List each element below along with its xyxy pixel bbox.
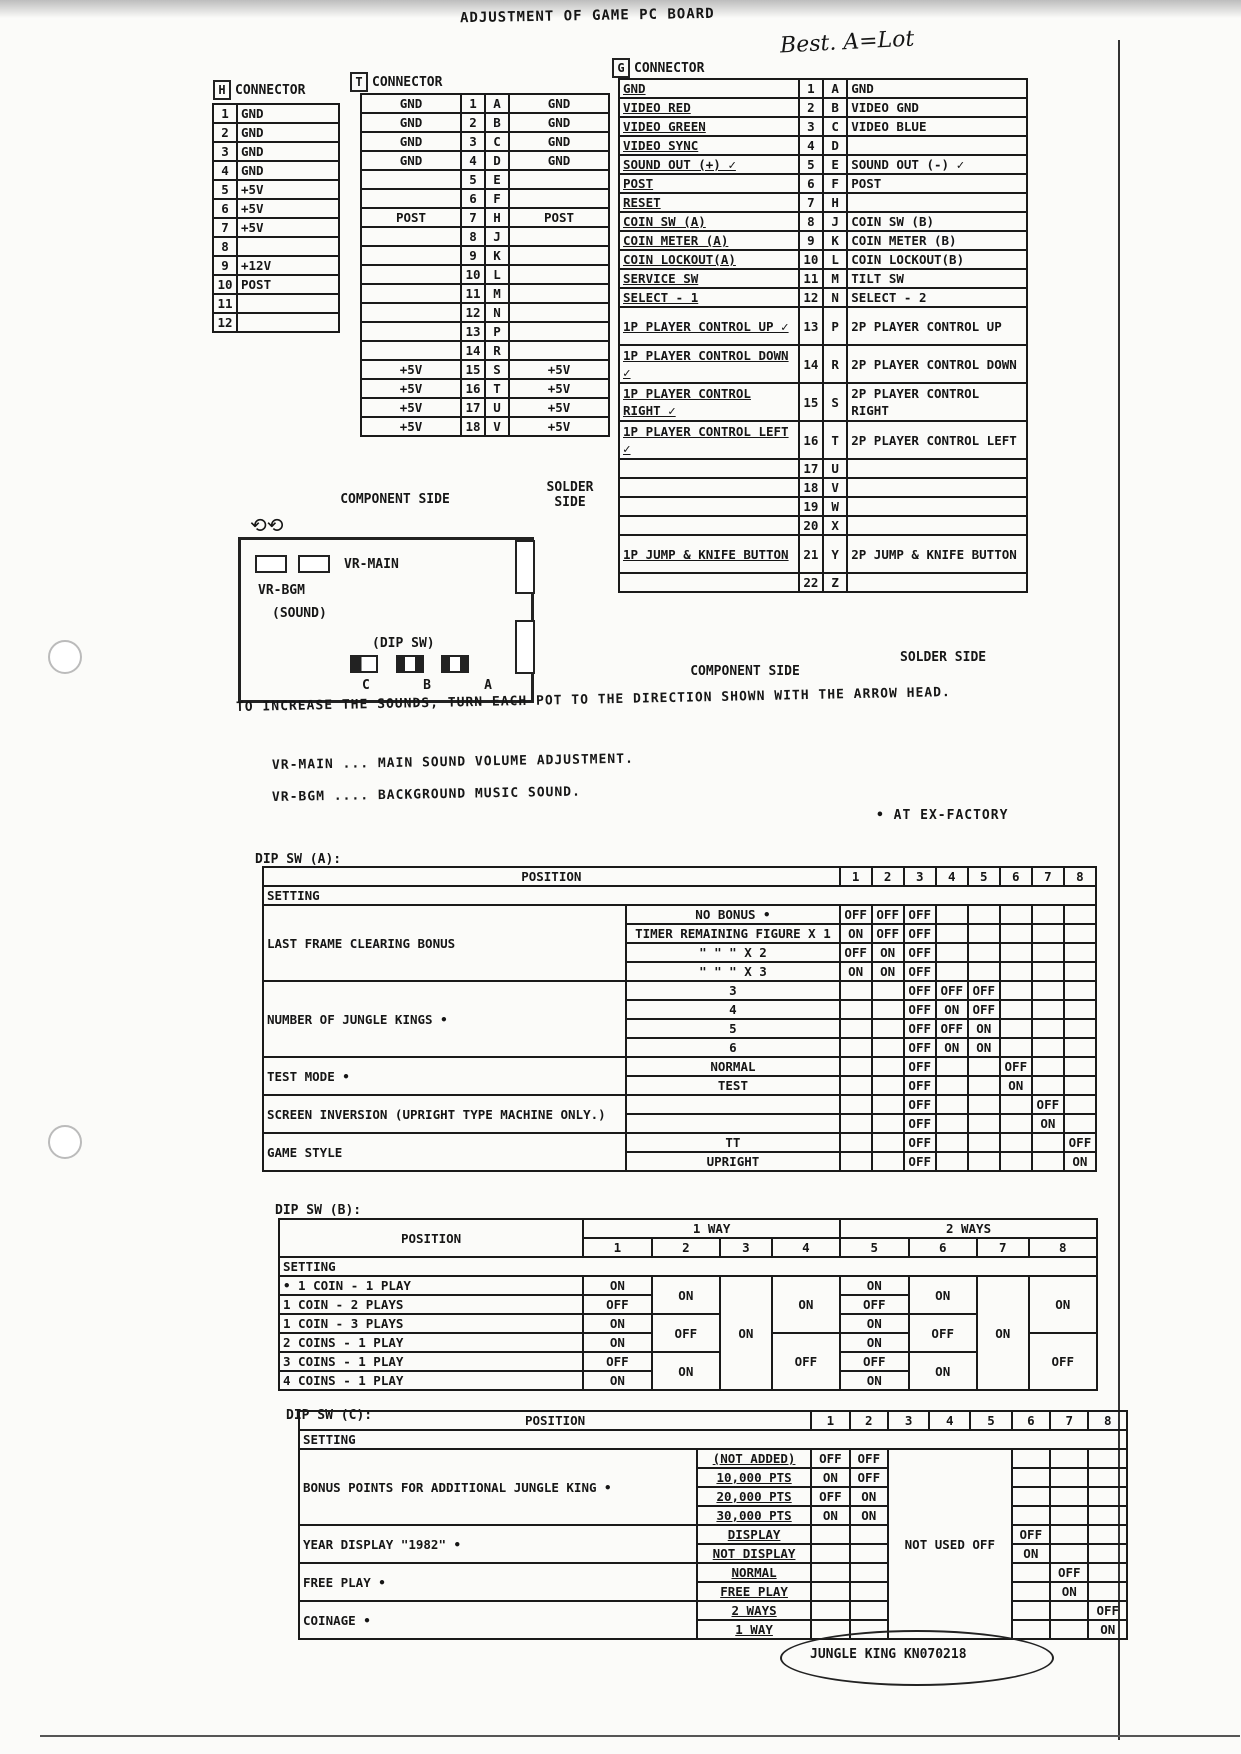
option-label: 1 WAY xyxy=(697,1620,811,1639)
table-row: SOUND OUT (+) ✓5ESOUND OUT (-) ✓ xyxy=(619,155,1027,174)
switch-value xyxy=(1064,924,1096,943)
dip-c-icon xyxy=(350,655,378,673)
solder-side-signal xyxy=(847,136,1027,155)
switch-value xyxy=(1064,981,1096,1000)
switch-position-header: 2 xyxy=(872,867,904,886)
switch-value: ON xyxy=(1032,1114,1064,1133)
component-side-signal xyxy=(619,478,799,497)
solder-side-signal xyxy=(509,227,609,246)
switch-value: ON xyxy=(583,1333,651,1352)
signal-name: +12V xyxy=(237,256,339,275)
coinage-option: 4 COINS - 1 PLAY xyxy=(279,1371,583,1390)
component-side-signal: GND xyxy=(361,151,461,170)
pin-letter: R xyxy=(823,345,847,383)
switch-position-header: 7 xyxy=(1032,867,1064,886)
switch-position-header: 2 xyxy=(652,1238,720,1257)
pin-number: 18 xyxy=(799,478,823,497)
switch-position-header: 1 xyxy=(840,867,872,886)
option-label: TT xyxy=(626,1133,839,1152)
component-side-signal xyxy=(361,189,461,208)
switch-value xyxy=(872,1095,904,1114)
pin-letter: J xyxy=(823,212,847,231)
option-label: NO BONUS • xyxy=(626,905,839,924)
switch-position-header: 6 xyxy=(1000,867,1032,886)
setting-group-name: NUMBER OF JUNGLE KINGS • xyxy=(263,981,626,1057)
pin-number: 7 xyxy=(213,218,237,237)
table-row: SCREEN INVERSION (UPRIGHT TYPE MACHINE O… xyxy=(263,1095,1096,1114)
signal-name: +5V xyxy=(237,199,339,218)
option-label: NORMAL xyxy=(697,1563,811,1582)
switch-value xyxy=(968,1133,1000,1152)
switch-value: ON xyxy=(652,1276,720,1314)
signal-name: POST xyxy=(237,275,339,294)
option-label: 4 xyxy=(626,1000,839,1019)
switch-value xyxy=(936,1076,968,1095)
pin-letter: K xyxy=(823,231,847,250)
pin-number: 11 xyxy=(213,294,237,313)
table-row: 7+5V xyxy=(213,218,339,237)
pin-number: 18 xyxy=(461,417,485,436)
component-side-signal xyxy=(619,573,799,592)
table-row: 1 COIN - 3 PLAYSONOFFONOFF xyxy=(279,1314,1097,1333)
pin-letter: B xyxy=(485,113,509,132)
coinage-option: • 1 COIN - 1 PLAY xyxy=(279,1276,583,1295)
switch-value: ON xyxy=(936,1000,968,1019)
option-label: FREE PLAY xyxy=(697,1582,811,1601)
table-row: POST7HPOST xyxy=(361,208,609,227)
dip-label-c: C xyxy=(362,678,370,693)
switch-value: OFF xyxy=(904,1152,936,1171)
switch-value xyxy=(936,1095,968,1114)
pin-number: 3 xyxy=(461,132,485,151)
table-row: SERVICE SW11MTILT SW xyxy=(619,269,1027,288)
pin-letter: T xyxy=(823,421,847,459)
dip-a-table: POSITION12345678SETTINGLAST FRAME CLEARI… xyxy=(262,866,1097,1172)
switch-position-header: 6 xyxy=(909,1238,977,1257)
switch-value xyxy=(1032,962,1064,981)
pin-letter: S xyxy=(823,383,847,421)
switch-value xyxy=(936,1133,968,1152)
switch-value xyxy=(1064,962,1096,981)
table-row: 2GND xyxy=(213,123,339,142)
switch-value: OFF xyxy=(936,981,968,1000)
solder-side-signal xyxy=(847,478,1027,497)
switch-value xyxy=(1088,1468,1127,1487)
switch-value xyxy=(1088,1506,1127,1525)
instruction-line-2: VR-MAIN ... MAIN SOUND VOLUME ADJUSTMENT… xyxy=(272,752,634,773)
component-side-signal: 1P PLAYER CONTROL DOWN ✓ xyxy=(619,345,799,383)
dip-c-table: POSITION12345678SETTINGBONUS POINTS FOR … xyxy=(298,1410,1128,1640)
option-label: " " " X 2 xyxy=(626,943,839,962)
option-label: 30,000 PTS xyxy=(697,1506,811,1525)
switch-value xyxy=(968,1152,1000,1171)
signal-name xyxy=(237,237,339,256)
table-row: POSITION12345678 xyxy=(263,867,1096,886)
switch-value: OFF xyxy=(904,905,936,924)
switch-value xyxy=(1032,943,1064,962)
component-side-signal: +5V xyxy=(361,398,461,417)
switch-value xyxy=(840,1095,872,1114)
switch-value: OFF xyxy=(904,1114,936,1133)
table-row: 10L xyxy=(361,265,609,284)
component-side-signal: VIDEO GREEN xyxy=(619,117,799,136)
switch-value: ON xyxy=(811,1506,849,1525)
component-side-signal xyxy=(619,497,799,516)
table-row: 1P PLAYER CONTROL RIGHT ✓15S2P PLAYER CO… xyxy=(619,383,1027,421)
table-row: 22Z xyxy=(619,573,1027,592)
component-side-signal: GND xyxy=(361,94,461,113)
pin-letter: L xyxy=(485,265,509,284)
switch-value: ON xyxy=(872,943,904,962)
table-row: GND1AGND xyxy=(361,94,609,113)
switch-value: ON xyxy=(772,1276,840,1333)
table-row: VIDEO RED2BVIDEO GND xyxy=(619,98,1027,117)
board-connector-icon xyxy=(515,540,535,594)
vr-bgm-label: VR-BGM xyxy=(258,583,305,598)
switch-value: OFF xyxy=(811,1449,849,1468)
pin-number: 10 xyxy=(799,250,823,269)
switch-value: OFF xyxy=(583,1352,651,1371)
table-row: BONUS POINTS FOR ADDITIONAL JUNGLE KING … xyxy=(299,1449,1127,1468)
component-side-signal: SELECT - 1 xyxy=(619,288,799,307)
component-side-signal xyxy=(619,459,799,478)
table-row: SELECT - 112NSELECT - 2 xyxy=(619,288,1027,307)
table-row: 20X xyxy=(619,516,1027,535)
switch-value: OFF xyxy=(904,1076,936,1095)
table-row: 1P PLAYER CONTROL LEFT ✓16T2P PLAYER CON… xyxy=(619,421,1027,459)
vr-main-pot-icon xyxy=(298,555,330,573)
solder-side-signal: POST xyxy=(509,208,609,227)
pin-number: 7 xyxy=(461,208,485,227)
pin-letter: T xyxy=(485,379,509,398)
switch-value xyxy=(1000,1152,1032,1171)
switch-value xyxy=(968,943,1000,962)
t-solder-side-label: SOLDER SIDE xyxy=(530,480,610,510)
switch-value xyxy=(1064,1076,1096,1095)
pin-letter: W xyxy=(823,497,847,516)
table-row: POSITION1 WAY2 WAYS xyxy=(279,1219,1097,1238)
pin-number: 5 xyxy=(461,170,485,189)
table-row: VIDEO GREEN3CVIDEO BLUE xyxy=(619,117,1027,136)
pin-number: 13 xyxy=(799,307,823,345)
dip-sw-label: (DIP SW) xyxy=(372,636,435,651)
solder-side-signal: COIN LOCKOUT(B) xyxy=(847,250,1027,269)
switch-value xyxy=(1032,1076,1064,1095)
table-row: SETTING xyxy=(299,1430,1127,1449)
switch-value xyxy=(1012,1468,1050,1487)
switch-value: OFF xyxy=(1029,1333,1097,1390)
component-side-signal xyxy=(361,227,461,246)
pin-number: 8 xyxy=(799,212,823,231)
g-component-side-label: COMPONENT SIDE xyxy=(690,664,800,679)
solder-side-signal: VIDEO BLUE xyxy=(847,117,1027,136)
switch-position-header: 4 xyxy=(929,1411,970,1430)
pin-letter: D xyxy=(485,151,509,170)
option-label: NOT DISPLAY xyxy=(697,1544,811,1563)
pin-letter: K xyxy=(485,246,509,265)
dip-label-b: B xyxy=(423,678,431,693)
solder-side-signal: +5V xyxy=(509,417,609,436)
switch-value: ON xyxy=(968,1038,1000,1057)
t-connector-heading: TCONNECTOR xyxy=(350,72,442,92)
component-side-signal: SERVICE SW xyxy=(619,269,799,288)
switch-value: OFF xyxy=(1032,1095,1064,1114)
switch-value xyxy=(811,1525,849,1544)
table-row: COIN SW (A)8JCOIN SW (B) xyxy=(619,212,1027,231)
switch-value xyxy=(968,962,1000,981)
pin-number: 11 xyxy=(461,284,485,303)
switch-value xyxy=(840,1019,872,1038)
switch-value: ON xyxy=(909,1276,977,1314)
g-solder-side-label: SOLDER SIDE xyxy=(900,650,986,665)
switch-position-header: 7 xyxy=(977,1238,1029,1257)
switch-value: OFF xyxy=(936,1019,968,1038)
switch-value xyxy=(1000,1019,1032,1038)
sound-label: (SOUND) xyxy=(272,606,327,621)
switch-value xyxy=(850,1544,888,1563)
switch-value xyxy=(1064,1000,1096,1019)
table-row: TEST MODE •NORMALOFFOFF xyxy=(263,1057,1096,1076)
switch-value: ON xyxy=(583,1371,651,1390)
switch-value xyxy=(1050,1601,1088,1620)
solder-side-signal xyxy=(509,189,609,208)
pin-number: 9 xyxy=(461,246,485,265)
option-label: 2 WAYS xyxy=(697,1601,811,1620)
pin-number: 9 xyxy=(213,256,237,275)
table-row: GND2BGND xyxy=(361,113,609,132)
switch-value: OFF xyxy=(872,924,904,943)
pin-number: 8 xyxy=(213,237,237,256)
component-side-signal: RESET xyxy=(619,193,799,212)
coinage-option: 1 COIN - 2 PLAYS xyxy=(279,1295,583,1314)
solder-side-signal: +5V xyxy=(509,398,609,417)
switch-value xyxy=(1000,962,1032,981)
switch-value xyxy=(840,1152,872,1171)
table-row: 6+5V xyxy=(213,199,339,218)
pin-number: 4 xyxy=(461,151,485,170)
option-label: 10,000 PTS xyxy=(697,1468,811,1487)
table-row: 18V xyxy=(619,478,1027,497)
pin-number: 5 xyxy=(799,155,823,174)
option-label: TIMER REMAINING FIGURE X 1 xyxy=(626,924,839,943)
solder-side-signal: GND xyxy=(509,94,609,113)
switch-value xyxy=(1050,1620,1088,1639)
pin-number: 14 xyxy=(461,341,485,360)
switch-value: ON xyxy=(1000,1076,1032,1095)
h-connector-table: 1GND2GND3GND4GND5+5V6+5V7+5V89+12V10POST… xyxy=(212,103,340,333)
switch-value: ON xyxy=(850,1506,888,1525)
solder-side-signal xyxy=(509,265,609,284)
pin-letter: P xyxy=(485,322,509,341)
option-label: 3 xyxy=(626,981,839,1000)
pin-number: 6 xyxy=(213,199,237,218)
g-connector-table: GND1AGNDVIDEO RED2BVIDEO GNDVIDEO GREEN3… xyxy=(618,78,1028,593)
t-connector-letter: T xyxy=(350,72,368,92)
table-row: GND4DGND xyxy=(361,151,609,170)
switch-value xyxy=(936,1057,968,1076)
pin-number: 21 xyxy=(799,535,823,573)
pin-letter: H xyxy=(823,193,847,212)
pin-number: 17 xyxy=(461,398,485,417)
t-component-side-label: COMPONENT SIDE xyxy=(340,492,450,507)
switch-value: OFF xyxy=(909,1314,977,1352)
switch-value xyxy=(1000,924,1032,943)
pin-number: 1 xyxy=(461,94,485,113)
switch-value xyxy=(840,981,872,1000)
table-row: 12 xyxy=(213,313,339,332)
table-row: 5+5V xyxy=(213,180,339,199)
pin-letter: V xyxy=(823,478,847,497)
option-label: 5 xyxy=(626,1019,839,1038)
pin-letter: U xyxy=(823,459,847,478)
setting-group-name: LAST FRAME CLEARING BONUS xyxy=(263,905,626,981)
t-connector-label: CONNECTOR xyxy=(372,75,442,90)
table-row: 1P PLAYER CONTROL DOWN ✓14R2P PLAYER CON… xyxy=(619,345,1027,383)
table-row: POST6FPOST xyxy=(619,174,1027,193)
component-side-signal: 1P PLAYER CONTROL LEFT ✓ xyxy=(619,421,799,459)
switch-value xyxy=(1000,1000,1032,1019)
pin-number: 19 xyxy=(799,497,823,516)
table-row: NUMBER OF JUNGLE KINGS •3OFFOFFOFF xyxy=(263,981,1096,1000)
component-side-signal xyxy=(361,322,461,341)
pin-number: 4 xyxy=(799,136,823,155)
solder-side-signal xyxy=(509,303,609,322)
switch-value: OFF xyxy=(968,981,1000,1000)
switch-position-header: 3 xyxy=(720,1238,772,1257)
switch-position-header: 5 xyxy=(970,1411,1011,1430)
pin-number: 6 xyxy=(461,189,485,208)
vr-bgm-pot-icon xyxy=(255,555,287,573)
switch-value xyxy=(936,924,968,943)
instruction-line-3: VR-BGM .... BACKGROUND MUSIC SOUND. xyxy=(272,785,581,805)
option-label: 20,000 PTS xyxy=(697,1487,811,1506)
switch-value xyxy=(1012,1563,1050,1582)
page-bottom-rule xyxy=(40,1735,1240,1737)
table-row: SETTING xyxy=(263,886,1096,905)
solder-side-signal: 2P PLAYER CONTROL UP xyxy=(847,307,1027,345)
switch-value xyxy=(968,905,1000,924)
table-row: 13P xyxy=(361,322,609,341)
switch-value xyxy=(1000,943,1032,962)
signal-name: GND xyxy=(237,142,339,161)
switch-position-header: 8 xyxy=(1064,867,1096,886)
switch-position-header: 6 xyxy=(1012,1411,1050,1430)
switch-value: OFF xyxy=(850,1449,888,1468)
switch-value xyxy=(1012,1620,1050,1639)
switch-position-header: 8 xyxy=(1088,1411,1127,1430)
table-row: 6F xyxy=(361,189,609,208)
switch-value xyxy=(872,1019,904,1038)
pin-number: 12 xyxy=(213,313,237,332)
switch-value: ON xyxy=(720,1276,772,1390)
pin-letter: M xyxy=(823,269,847,288)
switch-value xyxy=(1088,1449,1127,1468)
switch-value xyxy=(1064,1095,1096,1114)
switch-value: ON xyxy=(1012,1544,1050,1563)
component-side-signal: VIDEO SYNC xyxy=(619,136,799,155)
switch-value: OFF xyxy=(904,924,936,943)
switch-value: OFF xyxy=(904,1019,936,1038)
table-row: 1P JUMP & KNIFE BUTTON21Y2P JUMP & KNIFE… xyxy=(619,535,1027,573)
switch-value xyxy=(1064,1038,1096,1057)
switch-value xyxy=(840,1076,872,1095)
solder-side-signal: COIN METER (B) xyxy=(847,231,1027,250)
switch-value xyxy=(1064,1057,1096,1076)
signal-name xyxy=(237,294,339,313)
table-row: SETTING xyxy=(279,1257,1097,1276)
table-row: 3GND xyxy=(213,142,339,161)
component-side-signal xyxy=(361,284,461,303)
vr-main-label: VR-MAIN xyxy=(344,557,399,572)
solder-side-signal: SELECT - 2 xyxy=(847,288,1027,307)
switch-value xyxy=(1000,1114,1032,1133)
solder-side-signal: TILT SW xyxy=(847,269,1027,288)
solder-side-signal: +5V xyxy=(509,360,609,379)
setting-group-name: TEST MODE • xyxy=(263,1057,626,1095)
pin-number: 12 xyxy=(799,288,823,307)
pin-number: 20 xyxy=(799,516,823,535)
switch-value xyxy=(840,1057,872,1076)
switch-value xyxy=(872,1152,904,1171)
switch-value xyxy=(1012,1601,1050,1620)
t-connector-table: GND1AGNDGND2BGNDGND3CGNDGND4DGND5E6FPOST… xyxy=(360,93,610,437)
component-side-signal: GND xyxy=(619,79,799,98)
switch-value: ON xyxy=(840,962,872,981)
table-row: 9+12V xyxy=(213,256,339,275)
switch-value xyxy=(1050,1449,1088,1468)
pin-number: 15 xyxy=(461,360,485,379)
punch-hole-icon xyxy=(48,640,82,674)
solder-side-signal xyxy=(509,341,609,360)
position-header: POSITION xyxy=(263,867,840,886)
switch-value: OFF xyxy=(850,1468,888,1487)
switch-position-header: 4 xyxy=(772,1238,840,1257)
pin-letter: X xyxy=(823,516,847,535)
switch-value: ON xyxy=(840,1371,908,1390)
switch-value xyxy=(1032,981,1064,1000)
pin-number: 2 xyxy=(799,98,823,117)
pin-number: 10 xyxy=(461,265,485,284)
switch-value xyxy=(968,1095,1000,1114)
switch-value xyxy=(968,1114,1000,1133)
switch-value xyxy=(1088,1487,1127,1506)
signal-name: GND xyxy=(237,161,339,180)
pin-number: 10 xyxy=(213,275,237,294)
switch-value xyxy=(1050,1544,1088,1563)
pin-letter: N xyxy=(823,288,847,307)
table-row: 1P PLAYER CONTROL UP ✓13P2P PLAYER CONTR… xyxy=(619,307,1027,345)
switch-value xyxy=(872,1114,904,1133)
solder-side-signal xyxy=(847,459,1027,478)
dip-label-a: A xyxy=(484,678,492,693)
setting-header: SETTING xyxy=(263,886,1096,905)
option-label: 6 xyxy=(626,1038,839,1057)
pin-number: 16 xyxy=(461,379,485,398)
solder-side-signal xyxy=(847,573,1027,592)
dip-b-title: DIP SW (B): xyxy=(275,1203,361,1218)
switch-value xyxy=(1012,1506,1050,1525)
option-label: DISPLAY xyxy=(697,1525,811,1544)
h-connector-letter: H xyxy=(213,80,231,100)
switch-value: OFF xyxy=(772,1333,840,1390)
switch-value xyxy=(811,1544,849,1563)
switch-value xyxy=(1000,981,1032,1000)
table-row: COIN LOCKOUT(A)10LCOIN LOCKOUT(B) xyxy=(619,250,1027,269)
pin-letter: A xyxy=(485,94,509,113)
pin-number: 3 xyxy=(799,117,823,136)
table-row: 5E xyxy=(361,170,609,189)
switch-value: ON xyxy=(909,1352,977,1390)
